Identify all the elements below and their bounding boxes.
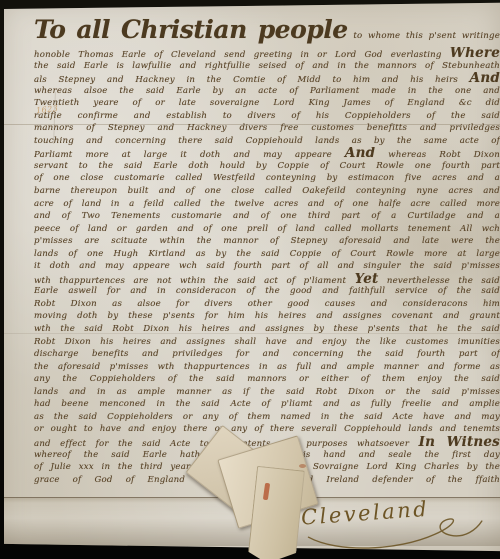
line-segment: barne thereupon built and of one close c… — [34, 186, 500, 196]
manuscript-line: To all Christian people to whome this p'… — [34, 13, 500, 47]
line-segment: peece of land or garden and of one prell… — [34, 224, 500, 234]
line-segment: honoble Thomas Earle of Cleveland send g… — [34, 50, 442, 60]
line-segment: Robt Dixon his heires and assignes shall… — [34, 337, 500, 347]
manuscript-line: moving doth by these p'sents for him his… — [34, 310, 500, 323]
line-segment: mannors of Stepney and Hackney divers fr… — [34, 123, 500, 133]
manuscript-line: barne thereupon built and of one close c… — [34, 185, 500, 198]
wax-mark — [299, 464, 306, 468]
manuscript-line: lands and in as ample manner as if the s… — [34, 386, 500, 399]
line-segment: wth thappurtences are not wthin the said… — [34, 276, 346, 286]
manuscript-line: Robt Dixon his heires and assignes shall… — [34, 336, 500, 349]
manuscript-photo: To all Christian people to whome this p'… — [0, 0, 500, 559]
manuscript-line: Parliamt more at large it doth and may a… — [34, 147, 500, 160]
manuscript-line: Earle aswell for and in consideracon of … — [34, 285, 500, 298]
opening-words: To all Christian people — [34, 15, 348, 44]
manuscript-line: ratifie confirme and establish to divers… — [34, 110, 500, 123]
line-segment: Twentieth yeare of or late soveraigne Lo… — [34, 98, 500, 108]
manuscript-line: any the Coppieholders of the said mannor… — [34, 373, 500, 386]
line-segment: Where — [450, 47, 500, 60]
line-segment: touching and concerning there said Coppi… — [34, 136, 500, 146]
line-segment: Yet — [355, 273, 379, 286]
manuscript-line: wth the said Robt Dixon his heires and a… — [34, 323, 500, 336]
line-segment: it doth and may appeare wch said fourth … — [34, 261, 500, 271]
manuscript-line: lands of one Hugh Kirtland as by the sai… — [34, 248, 500, 261]
manuscript-line: of one close customarie called Westfeild… — [34, 172, 500, 185]
manuscript-line: discharge benefits and priviledges for a… — [34, 348, 500, 361]
manuscript-line: had beene menconed in the said Acte of p… — [34, 398, 500, 411]
manuscript-line: p'misses are scituate wthin the mannor o… — [34, 235, 500, 248]
line-segment: servant to the said Earle doth hould by … — [34, 161, 500, 171]
line-segment: acre of land in a feild called the twelv… — [34, 199, 500, 209]
line-segment: any the Coppieholders of the said mannor… — [34, 374, 500, 384]
line-segment: And — [345, 147, 375, 160]
line-segment: In Witnes — [419, 436, 500, 449]
line-segment: discharge benefits and priviledges for a… — [34, 349, 500, 359]
manuscript-line: the aforesaid p'misses wth thappurtences… — [34, 361, 500, 374]
line-segment: the aforesaid p'misses wth thappurtences… — [34, 362, 500, 372]
manuscript-line: mannors of Stepney and Hackney divers fr… — [34, 122, 500, 135]
manuscript-line: peece of land or garden and of one prell… — [34, 223, 500, 236]
manuscript-line: acre of land in a feild called the twelv… — [34, 198, 500, 211]
line-segment: Robt Dixon as alsoe for divers other goo… — [34, 299, 500, 309]
manuscript-line: or ought to have and enjoy there or any … — [34, 423, 500, 436]
manuscript-line: whereas alsoe the said Earle by an acte … — [34, 85, 500, 98]
line-segment: moving doth by these p'sents for him his… — [34, 311, 500, 321]
manuscript-line: it doth and may appeare wch said fourth … — [34, 260, 500, 273]
manuscript-line: servant to the said Earle doth hould by … — [34, 160, 500, 173]
manuscript-line: als Stepney and Hackney in the Comtie of… — [34, 72, 500, 85]
line-segment: neverthelesse the said — [387, 276, 500, 286]
manuscript-line: as the said Coppieholders or any of them… — [34, 411, 500, 424]
manuscript-line: Robt Dixon as alsoe for divers other goo… — [34, 298, 500, 311]
manuscript-line: touching and concerning there said Coppi… — [34, 135, 500, 148]
line-segment: Parliamt more at large it doth and may a… — [34, 150, 332, 160]
line-segment: whereas alsoe the said Earle by an acte … — [34, 86, 500, 96]
line-segment: wth the said Robt Dixon his heires and a… — [34, 324, 500, 334]
line-segment: as the said Coppieholders or any of them… — [34, 412, 500, 422]
manuscript-line: and of Two Tenements customarie and of o… — [34, 210, 500, 223]
line-segment: lands of one Hugh Kirtland as by the sai… — [34, 249, 500, 259]
line-segment: and of Two Tenements customarie and of o… — [34, 211, 500, 221]
manuscript-line: wth thappurtences are not wthin the said… — [34, 273, 500, 286]
line-segment: p'misses are scituate wthin the mannor o… — [34, 236, 500, 246]
manuscript-line: honoble Thomas Earle of Cleveland send g… — [34, 47, 500, 60]
manuscript-line: the said Earle is lawfullie and rightful… — [34, 60, 500, 73]
line-segment: Earle aswell for and in consideracon of … — [34, 286, 500, 296]
line-segment: als Stepney and Hackney in the Comtie of… — [34, 75, 458, 85]
line-segment: lands and in as ample manner as if the s… — [34, 387, 500, 397]
manuscript-line: Twentieth yeare of or late soveraigne Lo… — [34, 97, 500, 110]
text-block: To all Christian people to whome this p'… — [34, 13, 500, 491]
line-segment: the said Earle is lawfullie and rightful… — [34, 61, 500, 71]
line-segment: And — [470, 72, 500, 85]
line-segment: had beene menconed in the said Acte of p… — [34, 399, 500, 409]
seal-tag-strip — [247, 466, 305, 559]
line-segment: ratifie confirme and establish to divers… — [34, 111, 500, 121]
line-segment: whereas Robt Dixon — [388, 150, 500, 160]
line-segment: or ought to have and enjoy there or any … — [34, 424, 500, 434]
line-segment: of one close customarie called Westfeild… — [34, 173, 500, 183]
